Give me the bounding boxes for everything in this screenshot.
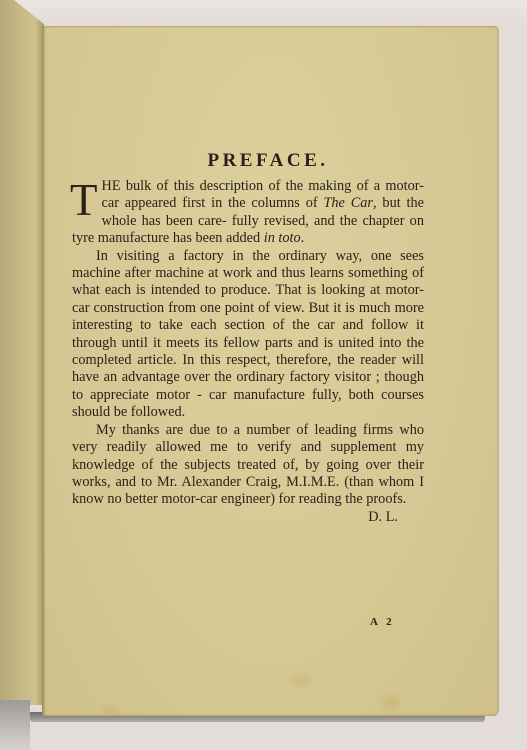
paragraph-1: T HE bulk of this description of the mak…	[72, 178, 424, 248]
page-signature-mark: A 2	[370, 616, 395, 628]
page-title: PREFACE.	[112, 150, 424, 172]
paragraph-3: My thanks are due to a number of leading…	[72, 422, 424, 509]
journal-title: The Car	[323, 195, 373, 211]
foxing-stain	[382, 696, 400, 708]
paragraph-2: In visiting a factory in the ordinary wa…	[72, 248, 424, 422]
drop-cap: T	[70, 180, 98, 218]
preface-text: PREFACE. T HE bulk of this description o…	[72, 150, 424, 526]
foxing-stain	[102, 706, 118, 716]
signature: D. L.	[72, 509, 398, 526]
foxing-stain	[292, 676, 312, 686]
italic-phrase: in toto	[264, 230, 301, 246]
book-cover-shadow	[0, 700, 30, 750]
book-cover-edge	[0, 0, 44, 705]
